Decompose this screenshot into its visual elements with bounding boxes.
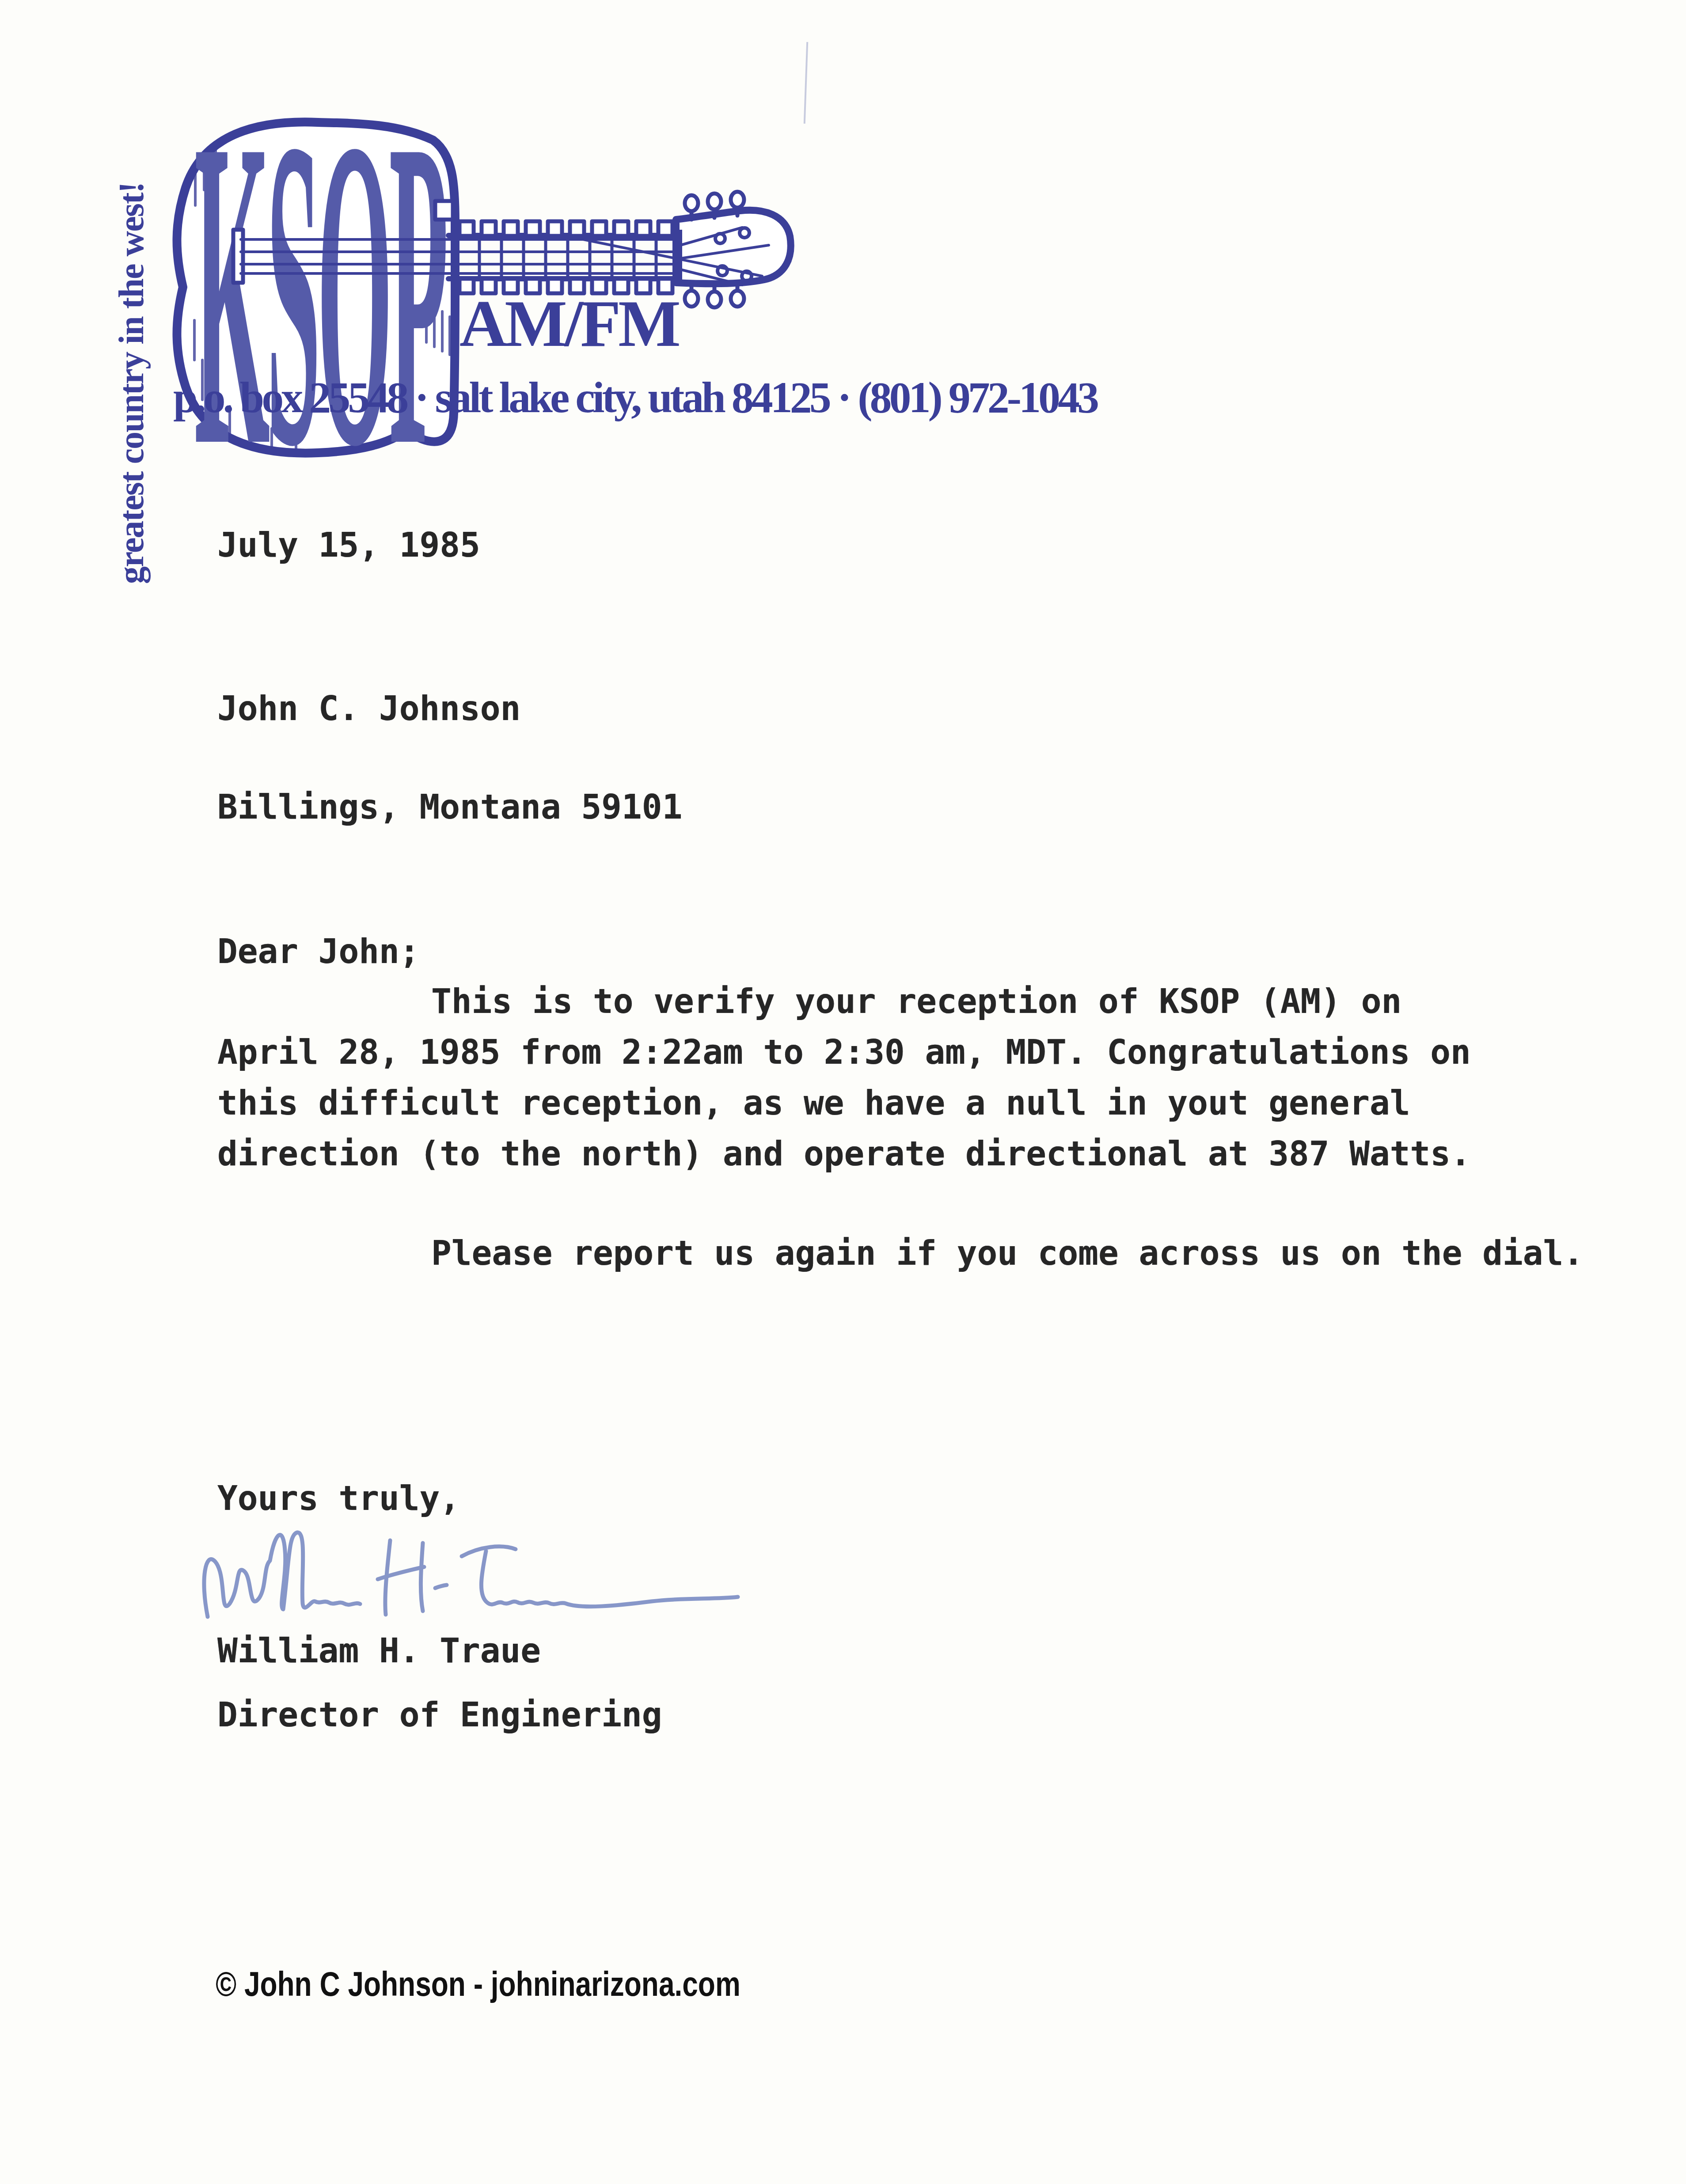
- body-line-4: direction (to the north) and operate dir…: [217, 1135, 1471, 1172]
- body-line-5: Please report us again if you come acros…: [431, 1235, 1583, 1272]
- signature: [197, 1513, 784, 1637]
- fret-teeth: [459, 221, 672, 293]
- letterhead-tagline: greatest country in the west!: [110, 111, 153, 584]
- signature-stroke-dash: [435, 1585, 447, 1588]
- salutation: Dear John;: [217, 933, 420, 970]
- body-line-1: This is to verify your reception of KSOP…: [431, 983, 1401, 1020]
- recipient-name: John C. Johnson: [217, 690, 520, 727]
- signature-stroke-t-bar: [462, 1547, 516, 1556]
- body-line-3: this difficult reception, as we have a n…: [217, 1084, 1410, 1122]
- signature-stroke-middle-right: [421, 1543, 423, 1611]
- scan-pen-mark: [804, 42, 808, 124]
- band-label: AM/FM: [459, 291, 678, 357]
- signer-title: Director of Enginering: [217, 1696, 662, 1733]
- qsl-letter-page: greatest country in the west! KSOP: [0, 0, 1686, 2184]
- signature-stroke-middle-crossbar: [378, 1567, 424, 1579]
- signer-name: William H. Traue: [217, 1632, 541, 1669]
- neck-heel: [435, 201, 453, 220]
- letterhead-address: p.o. box 25548 · salt lake city, utah 84…: [173, 375, 1097, 420]
- signature-stroke-first-name: [204, 1532, 360, 1617]
- copyright-credit: © John C Johnson - johninarizona.com: [216, 1967, 740, 2001]
- signature-stroke-last-name: [481, 1551, 738, 1607]
- recipient-location: Billings, Montana 59101: [217, 789, 682, 826]
- letter-date: July 15, 1985: [217, 527, 480, 564]
- station-call-lettering: KSOP: [194, 113, 447, 488]
- closing: Yours truly,: [217, 1480, 460, 1517]
- body-line-2: April 28, 1985 from 2:22am to 2:30 am, M…: [217, 1034, 1471, 1071]
